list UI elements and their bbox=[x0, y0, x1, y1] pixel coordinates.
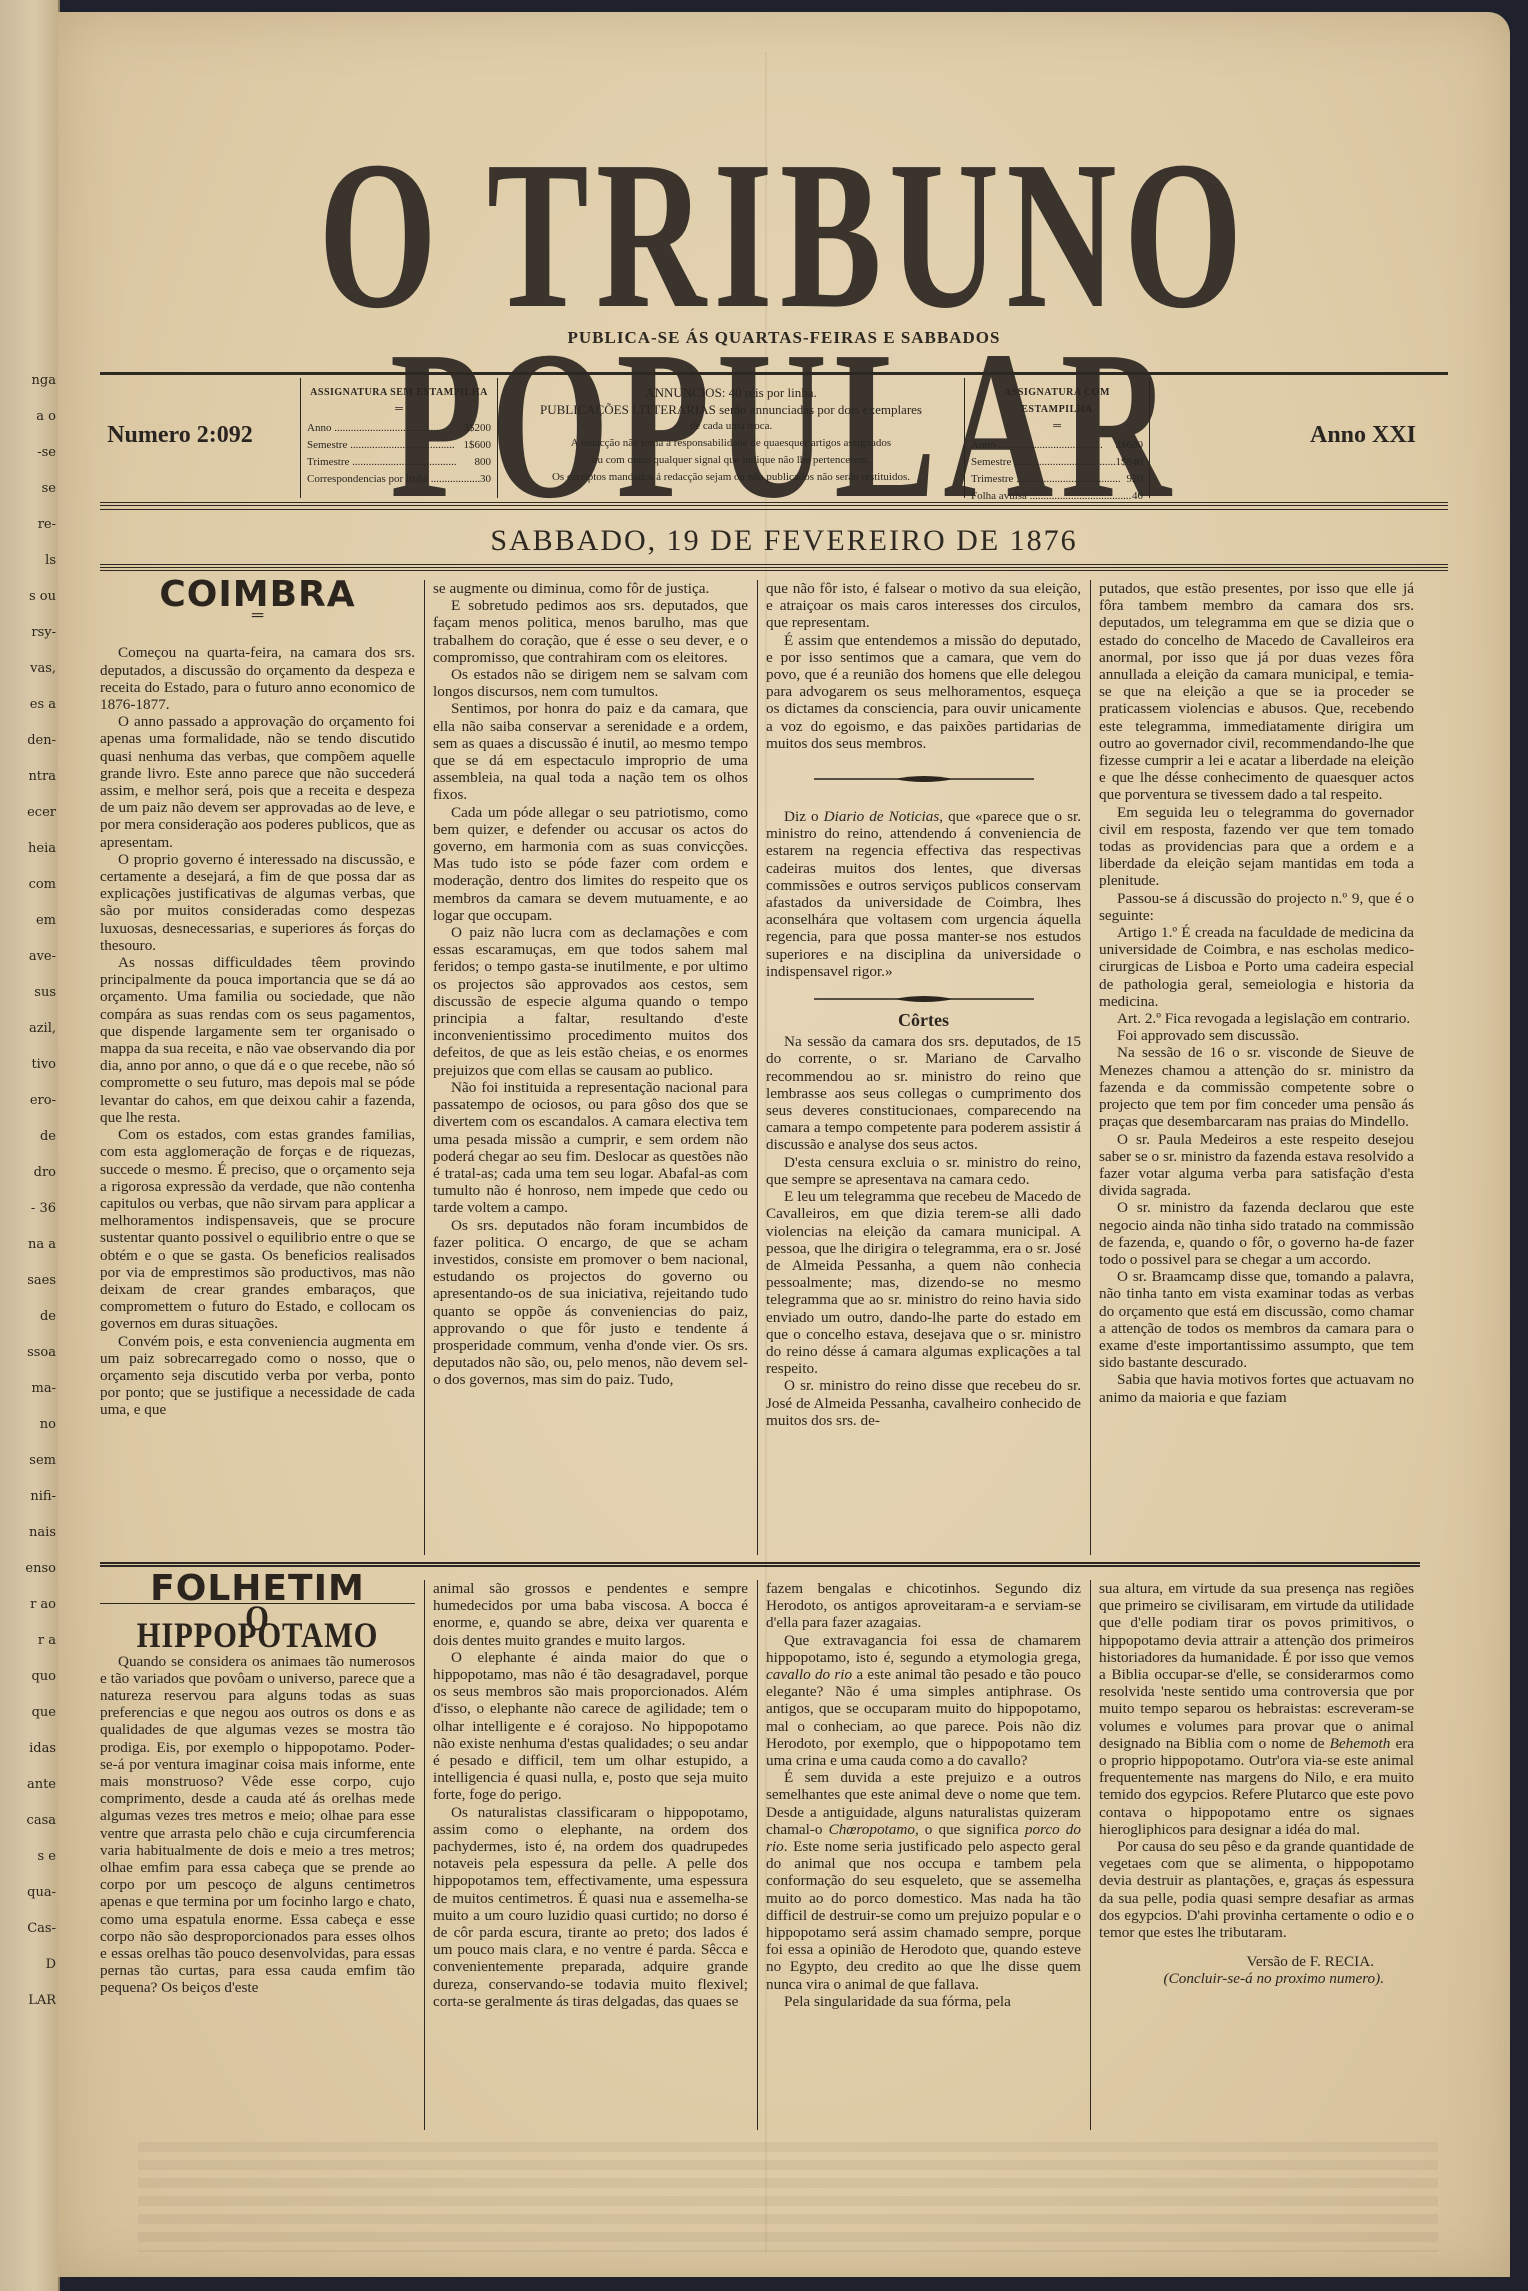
double-rule-icon: ═ bbox=[100, 607, 415, 624]
issue-number: Numero 2:092 bbox=[100, 422, 260, 449]
column-2: se augmente ou diminua, como fôr de just… bbox=[433, 580, 748, 1555]
previous-page-fragment: s e bbox=[2, 1848, 56, 1865]
issue-date: SABBADO, 19 DE FEVEREIRO DE 1876 bbox=[58, 524, 1510, 558]
translator-signature: Versão de F. RECIA. bbox=[1099, 1953, 1414, 1970]
previous-page-fragment: vas, bbox=[2, 660, 56, 677]
section-heading-cortes: Côrtes bbox=[766, 1012, 1081, 1029]
previous-page-fragment: s ou bbox=[2, 588, 56, 605]
paragraph: E leu um telegramma que recebeu de Maced… bbox=[766, 1188, 1081, 1377]
paragraph: E sobretudo pedimos aos srs. deputados, … bbox=[433, 597, 748, 666]
subscription-heading: ASSIGNATURA COM ESTAMPILHA bbox=[971, 384, 1143, 418]
folhetim-column-2: animal são grossos e pendentes e sempre … bbox=[433, 1580, 748, 2130]
serial-text: Quando se considera os animaes tão numer… bbox=[100, 1653, 415, 1997]
previous-page-fragment: ma- bbox=[2, 1380, 56, 1397]
paragraph: Sentimos, por honra do paiz e da camara,… bbox=[433, 700, 748, 803]
folhetim-column-1: FOLHETIM O HIPPOPOTAMO Quando se conside… bbox=[100, 1580, 415, 2130]
folhetim-column-3: fazem bengalas e chicotinhos. Segundo di… bbox=[766, 1580, 1081, 2130]
previous-page-fragment: nga bbox=[2, 372, 56, 389]
price-row: Correspondencias por linha30 bbox=[307, 471, 491, 488]
previous-page-fragment: r ao bbox=[2, 1596, 56, 1613]
serial-title: O HIPPOPOTAMO bbox=[124, 1610, 392, 1644]
previous-page-fragment: enso bbox=[2, 1560, 56, 1577]
subscription-heading: ASSIGNATURA SEM ESTAMPILHA bbox=[307, 384, 491, 401]
paragraph: É assim que entendemos a missão do deput… bbox=[766, 632, 1081, 752]
previous-page-fragment: - 36 bbox=[2, 1200, 56, 1217]
paragraph: D'esta censura excluia o sr. ministro do… bbox=[766, 1154, 1081, 1188]
previous-page-fragment: heia bbox=[2, 840, 56, 857]
ornamental-rule-icon bbox=[814, 994, 1034, 1004]
previous-page-fragment: es a bbox=[2, 696, 56, 713]
previous-page-fragment: nais bbox=[2, 1524, 56, 1541]
price-row: Anno3$680 bbox=[971, 437, 1143, 454]
previous-page-fragment: ero- bbox=[2, 1092, 56, 1109]
paragraph: Cada um póde allegar o seu patriotismo, … bbox=[433, 804, 748, 924]
price-row: Semestre1$840 bbox=[971, 454, 1143, 471]
column-divider bbox=[424, 580, 425, 1555]
paragraph: se augmente ou diminua, como fôr de just… bbox=[433, 580, 748, 597]
previous-page-fragment: na a bbox=[2, 1236, 56, 1253]
coimbra-text: Começou na quarta-feira, na camara dos s… bbox=[100, 644, 415, 1418]
folhetim-section: FOLHETIM O HIPPOPOTAMO Quando se conside… bbox=[100, 1580, 1420, 2130]
previous-page-fragment: que bbox=[2, 1704, 56, 1721]
paragraph: Na sessão da camara dos srs. deputados, … bbox=[766, 1033, 1081, 1153]
paragraph: O proprio governo é interessado na discu… bbox=[100, 851, 415, 954]
folhetim-column-4: sua altura, em virtude da sua presença n… bbox=[1099, 1580, 1414, 2130]
previous-page-fragment: com bbox=[2, 876, 56, 893]
previous-page-fragment: saes bbox=[2, 1272, 56, 1289]
previous-page-fragment: sem bbox=[2, 1452, 56, 1469]
paragraph: Os estados não se dirigem nem se salvam … bbox=[433, 666, 748, 700]
paragraph: Artigo 1.º É creada na faculdade de medi… bbox=[1099, 924, 1414, 1010]
paragraph: O sr. Paula Medeiros a este respeito des… bbox=[1099, 1131, 1414, 1200]
previous-page-fragment: se bbox=[2, 480, 56, 497]
header-rule bbox=[100, 372, 1448, 375]
paragraph: Foi approvado sem discussão. bbox=[1099, 1027, 1414, 1044]
previous-page-fragment: rsy- bbox=[2, 624, 56, 641]
previous-page-fragment: re- bbox=[2, 516, 56, 533]
paragraph: putados, que estão presentes, por isso q… bbox=[1099, 580, 1414, 804]
previous-page-fragment: no bbox=[2, 1416, 56, 1433]
previous-page-edge: ngaa o-sesere-lss oursy-vas,es aden-ntra… bbox=[0, 0, 60, 2291]
paragraph: Quando se considera os animaes tão numer… bbox=[100, 1653, 415, 1997]
paragraph: Passou-se á discussão do projecto n.º 9,… bbox=[1099, 890, 1414, 924]
double-rule-icon: ═ bbox=[971, 418, 1143, 435]
paragraph: O sr. ministro da fazenda declarou que e… bbox=[1099, 1199, 1414, 1268]
column-divider bbox=[1090, 1580, 1091, 2130]
coimbra-text-continued: se augmente ou diminua, como fôr de just… bbox=[433, 580, 748, 1389]
price-row: Trimestre920 bbox=[971, 471, 1143, 488]
double-rule-icon: ═ bbox=[307, 401, 491, 418]
previous-page-fragment: de bbox=[2, 1308, 56, 1325]
continued-note: (Concluir-se-á no proximo numero). bbox=[1099, 1970, 1414, 1987]
paragraph: Convém pois, e esta conveniencia augment… bbox=[100, 1333, 415, 1419]
previous-page-fragment: ante bbox=[2, 1776, 56, 1793]
paragraph: Não foi instituida a representação nacio… bbox=[433, 1079, 748, 1217]
previous-page-fragment: qua- bbox=[2, 1884, 56, 1901]
cortes-text: Na sessão da camara dos srs. deputados, … bbox=[766, 1033, 1081, 1429]
volume-year: Anno XXI bbox=[1278, 422, 1448, 449]
subscription-without-stamp: ASSIGNATURA SEM ESTAMPILHA ═ Anno3$200 S… bbox=[300, 378, 498, 498]
publication-schedule: PUBLICA-SE ÁS QUARTAS-FEIRAS E SABBADOS bbox=[58, 328, 1510, 348]
paragraph: Em seguida leu o telegramma do governado… bbox=[1099, 804, 1414, 890]
previous-page-fragment: idas bbox=[2, 1740, 56, 1757]
previous-page-fragment: ave- bbox=[2, 948, 56, 965]
diario-noticias-item: Diz o Diario de Noticias, que «parece qu… bbox=[766, 808, 1081, 980]
header-double-rule bbox=[100, 502, 1448, 510]
paragraph: animal são grossos e pendentes e sempre … bbox=[433, 1580, 748, 1649]
previous-page-fragment: dro bbox=[2, 1164, 56, 1181]
column-divider bbox=[1090, 580, 1091, 1555]
previous-page-fragment: casa bbox=[2, 1812, 56, 1829]
section-heading-coimbra: COIMBRA bbox=[100, 586, 415, 603]
serial-text-continued: animal são grossos e pendentes e sempre … bbox=[433, 1580, 748, 2010]
previous-page-fragment: azil, bbox=[2, 1020, 56, 1037]
previous-page-fragment: nifi- bbox=[2, 1488, 56, 1505]
previous-page-fragment: quo bbox=[2, 1668, 56, 1685]
paragraph: Os naturalistas classificaram o hippopot… bbox=[433, 1804, 748, 2010]
price-row: Semestre1$600 bbox=[307, 437, 491, 454]
column-divider bbox=[424, 1580, 425, 2130]
previous-page-fragment: LAR bbox=[2, 1992, 56, 2009]
previous-page-fragment: sus bbox=[2, 984, 56, 1001]
column-4: putados, que estão presentes, por isso q… bbox=[1099, 580, 1414, 1555]
subscription-info-bar: Numero 2:092 ASSIGNATURA SEM ESTAMPILHA … bbox=[100, 378, 1448, 500]
paragraph: O sr. ministro do reino disse que recebe… bbox=[766, 1377, 1081, 1429]
previous-page-fragment: de bbox=[2, 1128, 56, 1145]
paragraph: Com os estados, com estas grandes famili… bbox=[100, 1126, 415, 1332]
paragraph: As nossas difficuldades têem provindo pr… bbox=[100, 954, 415, 1126]
previous-page-fragment: ecer bbox=[2, 804, 56, 821]
previous-page-fragment: ssoa bbox=[2, 1344, 56, 1361]
paragraph: Sabia que havia motivos fortes que actua… bbox=[1099, 1371, 1414, 1405]
paragraph: O paiz não lucra com as declamações e co… bbox=[433, 924, 748, 1079]
paragraph: Os srs. deputados não foram incumbidos d… bbox=[433, 1217, 748, 1389]
column-divider bbox=[757, 580, 758, 1555]
previous-page-fragment: r a bbox=[2, 1632, 56, 1649]
previous-page-fragment: em bbox=[2, 912, 56, 929]
coimbra-text-end: que não fôr isto, é falsear o motivo da … bbox=[766, 580, 1081, 752]
paragraph: Começou na quarta-feira, na camara dos s… bbox=[100, 644, 415, 713]
previous-page-fragment: Cas- bbox=[2, 1920, 56, 1937]
bleed-through-text bbox=[138, 2142, 1438, 2252]
price-row: Trimestre800 bbox=[307, 454, 491, 471]
column-divider bbox=[757, 1580, 758, 2130]
previous-page-fragment: tivo bbox=[2, 1056, 56, 1073]
paragraph: Art. 2.º Fica revogada a legislação em c… bbox=[1099, 1010, 1414, 1027]
subscription-with-stamp: ASSIGNATURA COM ESTAMPILHA ═ Anno3$680 S… bbox=[964, 378, 1150, 498]
paragraph: O sr. Braamcamp disse que, tomando a pal… bbox=[1099, 1268, 1414, 1371]
ornamental-rule-icon bbox=[814, 774, 1034, 784]
advertising-terms: ANNUNCIOS: 40 réis por linha. PUBLICAÇÕE… bbox=[498, 378, 964, 498]
paragraph: O elephante é ainda maior do que o hippo… bbox=[433, 1649, 748, 1804]
previous-page-fragment: ls bbox=[2, 552, 56, 569]
date-double-rule bbox=[100, 564, 1448, 571]
paragraph: que não fôr isto, é falsear o motivo da … bbox=[766, 580, 1081, 632]
newspaper-page: O TRIBUNO POPULAR PUBLICA-SE ÁS QUARTAS-… bbox=[58, 12, 1510, 2277]
cortes-text-continued: putados, que estão presentes, por isso q… bbox=[1099, 580, 1414, 1406]
previous-page-fragment: den- bbox=[2, 732, 56, 749]
previous-page-fragment: a o bbox=[2, 408, 56, 425]
paragraph: O anno passado a approvação do orçamento… bbox=[100, 713, 415, 851]
previous-page-fragment: -se bbox=[2, 444, 56, 461]
previous-page-fragment: D bbox=[2, 1956, 56, 1973]
news-columns: COIMBRA ═ Começou na quarta-feira, na ca… bbox=[100, 580, 1420, 1555]
previous-page-fragment: ntra bbox=[2, 768, 56, 785]
price-row: Anno3$200 bbox=[307, 420, 491, 437]
column-1: COIMBRA ═ Começou na quarta-feira, na ca… bbox=[100, 580, 415, 1555]
section-heading-folhetim: FOLHETIM bbox=[100, 1580, 415, 1597]
paragraph: Na sessão de 16 o sr. visconde de Sieuve… bbox=[1099, 1044, 1414, 1130]
column-3: que não fôr isto, é falsear o motivo da … bbox=[766, 580, 1081, 1555]
